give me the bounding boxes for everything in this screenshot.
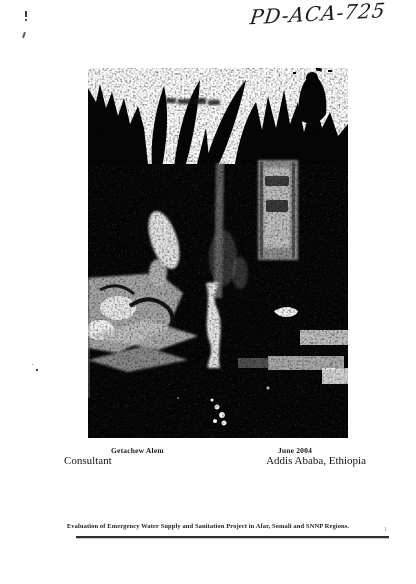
scan-artifact bbox=[22, 32, 26, 38]
scan-speck bbox=[32, 364, 33, 365]
cover-photo-art bbox=[88, 68, 348, 438]
photo-noise bbox=[88, 68, 348, 438]
scan-artifact bbox=[25, 11, 27, 17]
footer-running-title: Evaluation of Emergency Water Supply and… bbox=[0, 523, 416, 530]
author-name: Getachew Alem bbox=[111, 446, 164, 455]
scanned-cover-page: PD-ACA-725 bbox=[0, 0, 416, 584]
publication-location: Addis Ababa, Ethiopia bbox=[250, 455, 366, 467]
publication-date: June 2004 bbox=[245, 446, 345, 455]
author-title: Consultant bbox=[64, 455, 112, 467]
footer-rule bbox=[76, 536, 389, 539]
scan-speck bbox=[36, 369, 38, 371]
cover-photo bbox=[88, 68, 348, 438]
handwritten-document-id: PD-ACA-725 bbox=[249, 0, 412, 29]
page-number: 1 bbox=[384, 526, 387, 533]
